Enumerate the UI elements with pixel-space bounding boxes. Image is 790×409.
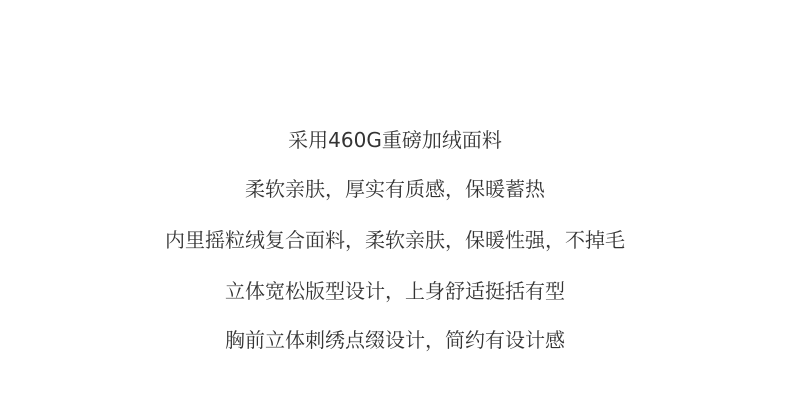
product-feature-list: 采用460G重磅加绒面料 柔软亲肤，厚实有质感，保暖蓄热 内里摇粒绒复合面料，柔… [0,0,790,409]
feature-soft-warm: 柔软亲肤，厚实有质感，保暖蓄热 [0,177,790,201]
feature-fleece-lining: 内里摇粒绒复合面料，柔软亲肤，保暖性强，不掉毛 [0,228,790,252]
feature-fabric-weight: 采用460G重磅加绒面料 [0,128,790,152]
feature-loose-fit: 立体宽松版型设计，上身舒适挺括有型 [0,279,790,303]
feature-embroidery: 胸前立体刺绣点缀设计，简约有设计感 [0,328,790,352]
